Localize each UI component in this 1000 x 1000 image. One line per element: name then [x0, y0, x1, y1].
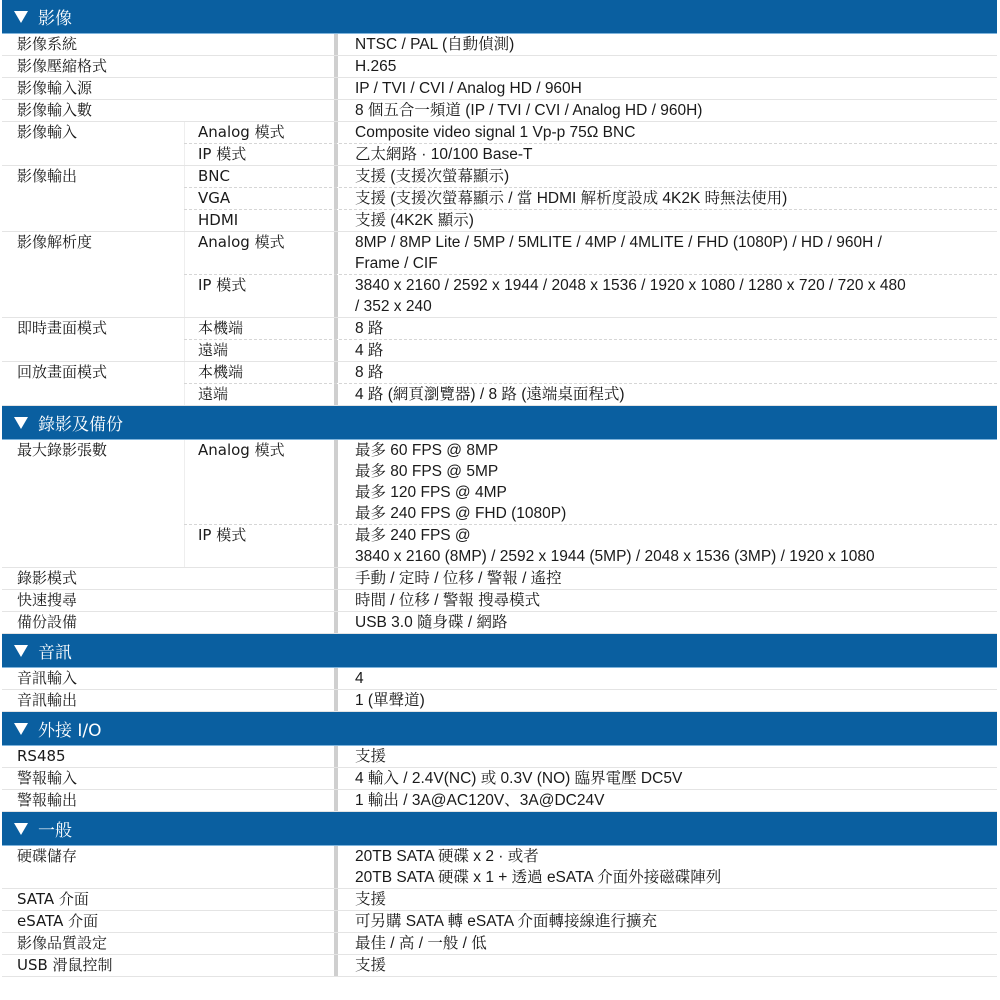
- spec-sub-row: 1 (單聲道): [184, 690, 997, 711]
- spec-value: 支援 (支援次螢幕顯示): [334, 166, 997, 187]
- spec-value: 8MP / 8MP Lite / 5MP / 5MLITE / 4MP / 4M…: [334, 232, 997, 274]
- spec-values-group: 8 個五合一頻道 (IP / TVI / CVI / Analog HD / 9…: [184, 100, 997, 121]
- spec-value-line: 支援 (支援次螢幕顯示 / 當 HDMI 解析度設成 4K2K 時無法使用): [355, 188, 997, 209]
- spec-label: 音訊輸出: [2, 690, 184, 711]
- spec-sublabel: Analog 模式: [184, 440, 334, 524]
- spec-row: 警報輸入4 輸入 / 2.4V(NC) 或 0.3V (NO) 臨界電壓 DC5…: [2, 768, 997, 790]
- spec-values-group: 支援: [184, 955, 997, 976]
- section-title: 外接 I/O: [38, 716, 102, 741]
- spec-sub-row: Analog 模式8MP / 8MP Lite / 5MP / 5MLITE /…: [184, 232, 997, 275]
- spec-values-group: 手動 / 定時 / 位移 / 警報 / 遙控: [184, 568, 997, 589]
- spec-sub-row: 最佳 / 高 / 一般 / 低: [184, 933, 997, 954]
- spec-label: 影像輸入: [2, 122, 184, 165]
- empty-sublabel: [184, 668, 334, 689]
- empty-sublabel: [184, 100, 334, 121]
- spec-values-group: IP / TVI / CVI / Analog HD / 960H: [184, 78, 997, 99]
- spec-value-line: / 352 x 240: [355, 296, 997, 317]
- spec-sublabel: IP 模式: [184, 144, 334, 165]
- spec-label: 備份設備: [2, 612, 184, 633]
- spec-row: 硬碟儲存20TB SATA 硬碟 x 2 · 或者20TB SATA 硬碟 x …: [2, 846, 997, 889]
- spec-label: 最大錄影張數: [2, 440, 184, 567]
- spec-value: 8 路: [334, 362, 997, 383]
- empty-sublabel: [184, 790, 334, 811]
- spec-row: 影像解析度Analog 模式8MP / 8MP Lite / 5MP / 5ML…: [2, 232, 997, 318]
- spec-value: 最佳 / 高 / 一般 / 低: [334, 933, 997, 954]
- spec-row: 警報輸出1 輸出 / 3A@AC120V、3A@DC24V: [2, 790, 997, 812]
- spec-value-line: 支援: [355, 955, 997, 976]
- spec-row: 音訊輸出1 (單聲道): [2, 690, 997, 712]
- spec-value-line: 8 個五合一頻道 (IP / TVI / CVI / Analog HD / 9…: [355, 100, 997, 121]
- spec-values-group: Analog 模式最多 60 FPS @ 8MP最多 80 FPS @ 5MP最…: [184, 440, 997, 567]
- spec-sublabel: IP 模式: [184, 275, 334, 317]
- empty-sublabel: [184, 568, 334, 589]
- empty-sublabel: [184, 955, 334, 976]
- spec-value-line: 8 路: [355, 362, 997, 383]
- spec-values-group: 本機端8 路遠端4 路: [184, 318, 997, 361]
- spec-row: 錄影模式手動 / 定時 / 位移 / 警報 / 遙控: [2, 568, 997, 590]
- spec-label: 硬碟儲存: [2, 846, 184, 888]
- spec-values-group: 1 輸出 / 3A@AC120V、3A@DC24V: [184, 790, 997, 811]
- spec-value: H.265: [334, 56, 997, 77]
- empty-sublabel: [184, 911, 334, 932]
- triangle-down-icon: [14, 723, 28, 735]
- spec-values-group: 1 (單聲道): [184, 690, 997, 711]
- section-title: 音訊: [38, 638, 72, 663]
- spec-row: SATA 介面支援: [2, 889, 997, 911]
- spec-row: 影像輸出BNC支援 (支援次螢幕顯示)VGA支援 (支援次螢幕顯示 / 當 HD…: [2, 166, 997, 232]
- spec-value-line: 支援: [355, 746, 997, 767]
- spec-values-group: 可另購 SATA 轉 eSATA 介面轉接線進行擴充: [184, 911, 997, 932]
- spec-value-line: 最多 240 FPS @ FHD (1080P): [355, 503, 997, 524]
- spec-row: USB 滑鼠控制支援: [2, 955, 997, 977]
- spec-label: 影像壓縮格式: [2, 56, 184, 77]
- spec-sublabel: HDMI: [184, 210, 334, 231]
- spec-values-group: 20TB SATA 硬碟 x 2 · 或者20TB SATA 硬碟 x 1 + …: [184, 846, 997, 888]
- spec-value-line: 1 (單聲道): [355, 690, 997, 711]
- spec-value-line: USB 3.0 隨身碟 / 網路: [355, 612, 997, 633]
- spec-value-line: 支援 (支援次螢幕顯示): [355, 166, 997, 187]
- spec-row: 即時畫面模式本機端8 路遠端4 路: [2, 318, 997, 362]
- spec-value: 最多 240 FPS @3840 x 2160 (8MP) / 2592 x 1…: [334, 525, 997, 567]
- spec-value: IP / TVI / CVI / Analog HD / 960H: [334, 78, 997, 99]
- spec-value: 20TB SATA 硬碟 x 2 · 或者20TB SATA 硬碟 x 1 + …: [334, 846, 997, 888]
- spec-value-line: 8 路: [355, 318, 997, 339]
- spec-value-line: 最多 60 FPS @ 8MP: [355, 440, 997, 461]
- spec-row: RS485支援: [2, 746, 997, 768]
- spec-value-line: 最佳 / 高 / 一般 / 低: [355, 933, 997, 954]
- spec-row: 影像壓縮格式H.265: [2, 56, 997, 78]
- spec-values-group: BNC支援 (支援次螢幕顯示)VGA支援 (支援次螢幕顯示 / 當 HDMI 解…: [184, 166, 997, 231]
- empty-sublabel: [184, 34, 334, 55]
- spec-value-line: 時間 / 位移 / 警報 搜尋模式: [355, 590, 997, 611]
- spec-sub-row: IP 模式乙太網路 · 10/100 Base-T: [184, 144, 997, 165]
- spec-value-line: 4 路 (網頁瀏覽器) / 8 路 (遠端桌面程式): [355, 384, 997, 405]
- spec-row: 影像輸入源IP / TVI / CVI / Analog HD / 960H: [2, 78, 997, 100]
- spec-value: 8 路: [334, 318, 997, 339]
- spec-label: 影像解析度: [2, 232, 184, 317]
- empty-sublabel: [184, 590, 334, 611]
- spec-label: 影像系統: [2, 34, 184, 55]
- spec-sub-row: 手動 / 定時 / 位移 / 警報 / 遙控: [184, 568, 997, 589]
- spec-value: 3840 x 2160 / 2592 x 1944 / 2048 x 1536 …: [334, 275, 997, 317]
- spec-value: 4: [334, 668, 997, 689]
- spec-label: 錄影模式: [2, 568, 184, 589]
- section-header[interactable]: 影像: [2, 0, 997, 34]
- spec-value: 最多 60 FPS @ 8MP最多 80 FPS @ 5MP最多 120 FPS…: [334, 440, 997, 524]
- spec-value-line: 4 輸入 / 2.4V(NC) 或 0.3V (NO) 臨界電壓 DC5V: [355, 768, 997, 789]
- spec-sub-row: Analog 模式最多 60 FPS @ 8MP最多 80 FPS @ 5MP最…: [184, 440, 997, 525]
- spec-value: 4 輸入 / 2.4V(NC) 或 0.3V (NO) 臨界電壓 DC5V: [334, 768, 997, 789]
- spec-values-group: 時間 / 位移 / 警報 搜尋模式: [184, 590, 997, 611]
- spec-row: 快速搜尋時間 / 位移 / 警報 搜尋模式: [2, 590, 997, 612]
- spec-row: 影像品質設定最佳 / 高 / 一般 / 低: [2, 933, 997, 955]
- spec-label: 快速搜尋: [2, 590, 184, 611]
- spec-value-line: 支援: [355, 889, 997, 910]
- empty-sublabel: [184, 612, 334, 633]
- triangle-down-icon: [14, 823, 28, 835]
- spec-label: RS485: [2, 746, 184, 767]
- spec-sub-row: 8 個五合一頻道 (IP / TVI / CVI / Analog HD / 9…: [184, 100, 997, 121]
- spec-label: eSATA 介面: [2, 911, 184, 932]
- spec-label: 影像輸入數: [2, 100, 184, 121]
- section-header[interactable]: 音訊: [2, 634, 997, 668]
- spec-value: 支援: [334, 746, 997, 767]
- section-title: 一般: [38, 816, 72, 841]
- spec-value: 支援: [334, 955, 997, 976]
- spec-sublabel: VGA: [184, 188, 334, 209]
- spec-values-group: 最佳 / 高 / 一般 / 低: [184, 933, 997, 954]
- spec-sub-row: IP 模式3840 x 2160 / 2592 x 1944 / 2048 x …: [184, 275, 997, 317]
- spec-value: Composite video signal 1 Vp-p 75Ω BNC: [334, 122, 997, 143]
- spec-sub-row: IP / TVI / CVI / Analog HD / 960H: [184, 78, 997, 99]
- spec-value: 4 路: [334, 340, 997, 361]
- spec-value: 支援: [334, 889, 997, 910]
- spec-value-line: 手動 / 定時 / 位移 / 警報 / 遙控: [355, 568, 997, 589]
- spec-label: 回放畫面模式: [2, 362, 184, 405]
- spec-value-line: Composite video signal 1 Vp-p 75Ω BNC: [355, 122, 997, 143]
- empty-sublabel: [184, 846, 334, 888]
- spec-sub-row: 4: [184, 668, 997, 689]
- spec-value-line: 1 輸出 / 3A@AC120V、3A@DC24V: [355, 790, 997, 811]
- empty-sublabel: [184, 690, 334, 711]
- section-header[interactable]: 錄影及備份: [2, 406, 997, 440]
- triangle-down-icon: [14, 417, 28, 429]
- spec-values-group: 本機端8 路遠端4 路 (網頁瀏覽器) / 8 路 (遠端桌面程式): [184, 362, 997, 405]
- spec-values-group: USB 3.0 隨身碟 / 網路: [184, 612, 997, 633]
- spec-value-line: 4 路: [355, 340, 997, 361]
- spec-sub-row: VGA支援 (支援次螢幕顯示 / 當 HDMI 解析度設成 4K2K 時無法使用…: [184, 188, 997, 210]
- spec-value: 可另購 SATA 轉 eSATA 介面轉接線進行擴充: [334, 911, 997, 932]
- spec-sub-row: 遠端4 路: [184, 340, 997, 361]
- spec-row: 回放畫面模式本機端8 路遠端4 路 (網頁瀏覽器) / 8 路 (遠端桌面程式): [2, 362, 997, 406]
- spec-value-line: 3840 x 2160 / 2592 x 1944 / 2048 x 1536 …: [355, 275, 997, 296]
- spec-value: 4 路 (網頁瀏覽器) / 8 路 (遠端桌面程式): [334, 384, 997, 405]
- spec-sub-row: 可另購 SATA 轉 eSATA 介面轉接線進行擴充: [184, 911, 997, 932]
- spec-value-line: 20TB SATA 硬碟 x 1 + 透過 eSATA 介面外接磁碟陣列: [355, 867, 997, 888]
- empty-sublabel: [184, 933, 334, 954]
- spec-values-group: 支援: [184, 889, 997, 910]
- spec-value: 乙太網路 · 10/100 Base-T: [334, 144, 997, 165]
- spec-sub-row: 遠端4 路 (網頁瀏覽器) / 8 路 (遠端桌面程式): [184, 384, 997, 405]
- section-title: 影像: [38, 4, 72, 29]
- spec-sub-row: 支援: [184, 746, 997, 767]
- spec-label: 警報輸入: [2, 768, 184, 789]
- spec-value-line: 3840 x 2160 (8MP) / 2592 x 1944 (5MP) / …: [355, 546, 997, 567]
- spec-value-line: 4: [355, 668, 997, 689]
- spec-sublabel: IP 模式: [184, 525, 334, 567]
- spec-label: 警報輸出: [2, 790, 184, 811]
- spec-sublabel: 遠端: [184, 384, 334, 405]
- spec-values-group: H.265: [184, 56, 997, 77]
- spec-value-line: 可另購 SATA 轉 eSATA 介面轉接線進行擴充: [355, 911, 997, 932]
- spec-value: NTSC / PAL (自動偵測): [334, 34, 997, 55]
- spec-value-line: NTSC / PAL (自動偵測): [355, 34, 997, 55]
- spec-value: USB 3.0 隨身碟 / 網路: [334, 612, 997, 633]
- empty-sublabel: [184, 768, 334, 789]
- spec-value: 1 (單聲道): [334, 690, 997, 711]
- spec-values-group: Analog 模式8MP / 8MP Lite / 5MP / 5MLITE /…: [184, 232, 997, 317]
- spec-value-line: 支援 (4K2K 顯示): [355, 210, 997, 231]
- spec-label: 音訊輸入: [2, 668, 184, 689]
- spec-sub-row: 4 輸入 / 2.4V(NC) 或 0.3V (NO) 臨界電壓 DC5V: [184, 768, 997, 789]
- spec-sublabel: 遠端: [184, 340, 334, 361]
- spec-sub-row: 支援: [184, 955, 997, 976]
- spec-value: 手動 / 定時 / 位移 / 警報 / 遙控: [334, 568, 997, 589]
- spec-sublabel: BNC: [184, 166, 334, 187]
- spec-values-group: 支援: [184, 746, 997, 767]
- spec-sub-row: 1 輸出 / 3A@AC120V、3A@DC24V: [184, 790, 997, 811]
- spec-values-group: 4: [184, 668, 997, 689]
- spec-sub-row: NTSC / PAL (自動偵測): [184, 34, 997, 55]
- spec-sheet: 影像影像系統NTSC / PAL (自動偵測)影像壓縮格式H.265影像輸入源I…: [2, 0, 997, 977]
- spec-sub-row: IP 模式最多 240 FPS @3840 x 2160 (8MP) / 259…: [184, 525, 997, 567]
- spec-label: 影像品質設定: [2, 933, 184, 954]
- spec-row: 音訊輸入4: [2, 668, 997, 690]
- spec-row: 影像輸入Analog 模式Composite video signal 1 Vp…: [2, 122, 997, 166]
- spec-value: 支援 (4K2K 顯示): [334, 210, 997, 231]
- spec-sub-row: Analog 模式Composite video signal 1 Vp-p 7…: [184, 122, 997, 144]
- spec-value-line: 20TB SATA 硬碟 x 2 · 或者: [355, 846, 997, 867]
- spec-value: 時間 / 位移 / 警報 搜尋模式: [334, 590, 997, 611]
- spec-label: 影像輸出: [2, 166, 184, 231]
- spec-values-group: Analog 模式Composite video signal 1 Vp-p 7…: [184, 122, 997, 165]
- spec-sublabel: 本機端: [184, 318, 334, 339]
- spec-value-line: Frame / CIF: [355, 253, 997, 274]
- section-header[interactable]: 一般: [2, 812, 997, 846]
- spec-value-line: 乙太網路 · 10/100 Base-T: [355, 144, 997, 165]
- spec-sub-row: HDMI支援 (4K2K 顯示): [184, 210, 997, 231]
- spec-value-line: H.265: [355, 56, 997, 77]
- spec-sub-row: 本機端8 路: [184, 362, 997, 384]
- spec-sub-row: BNC支援 (支援次螢幕顯示): [184, 166, 997, 188]
- spec-sub-row: 本機端8 路: [184, 318, 997, 340]
- spec-value-line: 最多 240 FPS @: [355, 525, 997, 546]
- spec-label: 影像輸入源: [2, 78, 184, 99]
- spec-sub-row: 支援: [184, 889, 997, 910]
- spec-value-line: 8MP / 8MP Lite / 5MP / 5MLITE / 4MP / 4M…: [355, 232, 997, 253]
- spec-sub-row: 20TB SATA 硬碟 x 2 · 或者20TB SATA 硬碟 x 1 + …: [184, 846, 997, 888]
- spec-sublabel: Analog 模式: [184, 122, 334, 143]
- spec-label: SATA 介面: [2, 889, 184, 910]
- spec-value: 1 輸出 / 3A@AC120V、3A@DC24V: [334, 790, 997, 811]
- section-header[interactable]: 外接 I/O: [2, 712, 997, 746]
- empty-sublabel: [184, 56, 334, 77]
- spec-value-line: IP / TVI / CVI / Analog HD / 960H: [355, 78, 997, 99]
- spec-value-line: 最多 80 FPS @ 5MP: [355, 461, 997, 482]
- spec-sub-row: 時間 / 位移 / 警報 搜尋模式: [184, 590, 997, 611]
- spec-row: eSATA 介面可另購 SATA 轉 eSATA 介面轉接線進行擴充: [2, 911, 997, 933]
- spec-values-group: NTSC / PAL (自動偵測): [184, 34, 997, 55]
- spec-label: 即時畫面模式: [2, 318, 184, 361]
- spec-value: 支援 (支援次螢幕顯示 / 當 HDMI 解析度設成 4K2K 時無法使用): [334, 188, 997, 209]
- spec-sublabel: Analog 模式: [184, 232, 334, 274]
- spec-row: 備份設備USB 3.0 隨身碟 / 網路: [2, 612, 997, 634]
- triangle-down-icon: [14, 645, 28, 657]
- empty-sublabel: [184, 78, 334, 99]
- spec-value-line: 最多 120 FPS @ 4MP: [355, 482, 997, 503]
- spec-sub-row: USB 3.0 隨身碟 / 網路: [184, 612, 997, 633]
- spec-sublabel: 本機端: [184, 362, 334, 383]
- spec-row: 最大錄影張數Analog 模式最多 60 FPS @ 8MP最多 80 FPS …: [2, 440, 997, 568]
- spec-label: USB 滑鼠控制: [2, 955, 184, 976]
- empty-sublabel: [184, 889, 334, 910]
- spec-value: 8 個五合一頻道 (IP / TVI / CVI / Analog HD / 9…: [334, 100, 997, 121]
- section-title: 錄影及備份: [38, 410, 123, 435]
- spec-sub-row: H.265: [184, 56, 997, 77]
- spec-values-group: 4 輸入 / 2.4V(NC) 或 0.3V (NO) 臨界電壓 DC5V: [184, 768, 997, 789]
- spec-row: 影像系統NTSC / PAL (自動偵測): [2, 34, 997, 56]
- empty-sublabel: [184, 746, 334, 767]
- spec-row: 影像輸入數8 個五合一頻道 (IP / TVI / CVI / Analog H…: [2, 100, 997, 122]
- triangle-down-icon: [14, 11, 28, 23]
